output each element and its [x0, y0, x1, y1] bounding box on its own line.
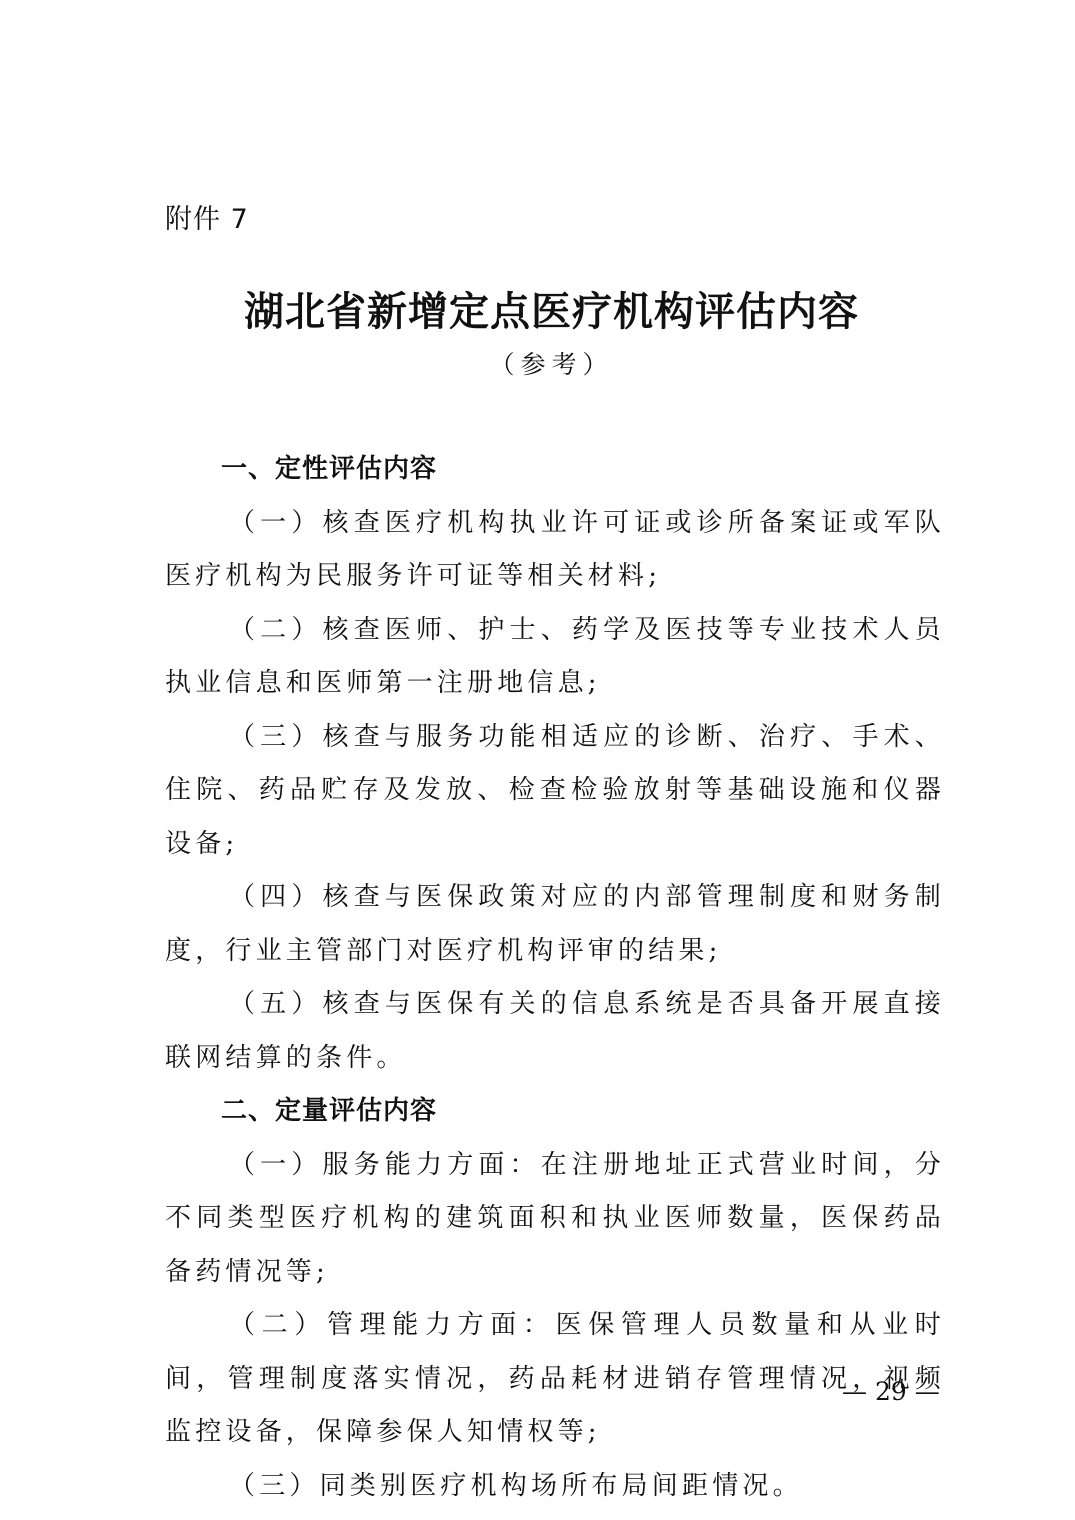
document-title: 湖北省新增定点医疗机构评估内容: [0, 282, 1075, 342]
paragraph: （二）核查医师、护士、药学及医技等专业技术人员执业信息和医师第一注册地信息;: [165, 604, 945, 711]
document-subtitle: （参考）: [0, 345, 1075, 385]
page-number: — 29 —: [842, 1372, 940, 1412]
section-quantitative: 二、定量评估内容 （一）服务能力方面：在注册地址正式营业时间，分不同类型医疗机构…: [165, 1085, 945, 1513]
paragraph: （三）核查与服务功能相适应的诊断、治疗、手术、住院、药品贮存及发放、检查检验放射…: [165, 711, 945, 872]
document-body: 一、定性评估内容 （一）核查医疗机构执业许可证或诊所备案证或军队医疗机构为民服务…: [165, 443, 945, 1513]
paragraph: （一）服务能力方面：在注册地址正式营业时间，分不同类型医疗机构的建筑面积和执业医…: [165, 1139, 945, 1300]
paragraph: （二）管理能力方面：医保管理人员数量和从业时间，管理制度落实情况，药品耗材进销存…: [165, 1299, 945, 1460]
paragraph: （一）核查医疗机构执业许可证或诊所备案证或军队医疗机构为民服务许可证等相关材料;: [165, 497, 945, 604]
paragraph: （五）核查与医保有关的信息系统是否具备开展直接联网结算的条件。: [165, 978, 945, 1085]
paragraph: （四）核查与医保政策对应的内部管理制度和财务制度，行业主管部门对医疗机构评审的结…: [165, 871, 945, 978]
section-heading: 二、定量评估内容: [165, 1085, 945, 1139]
section-qualitative: 一、定性评估内容 （一）核查医疗机构执业许可证或诊所备案证或军队医疗机构为民服务…: [165, 443, 945, 1085]
section-heading: 一、定性评估内容: [165, 443, 945, 497]
attachment-label: 附件 7: [165, 200, 249, 240]
paragraph: （三）同类别医疗机构场所布局间距情况。: [165, 1460, 945, 1514]
